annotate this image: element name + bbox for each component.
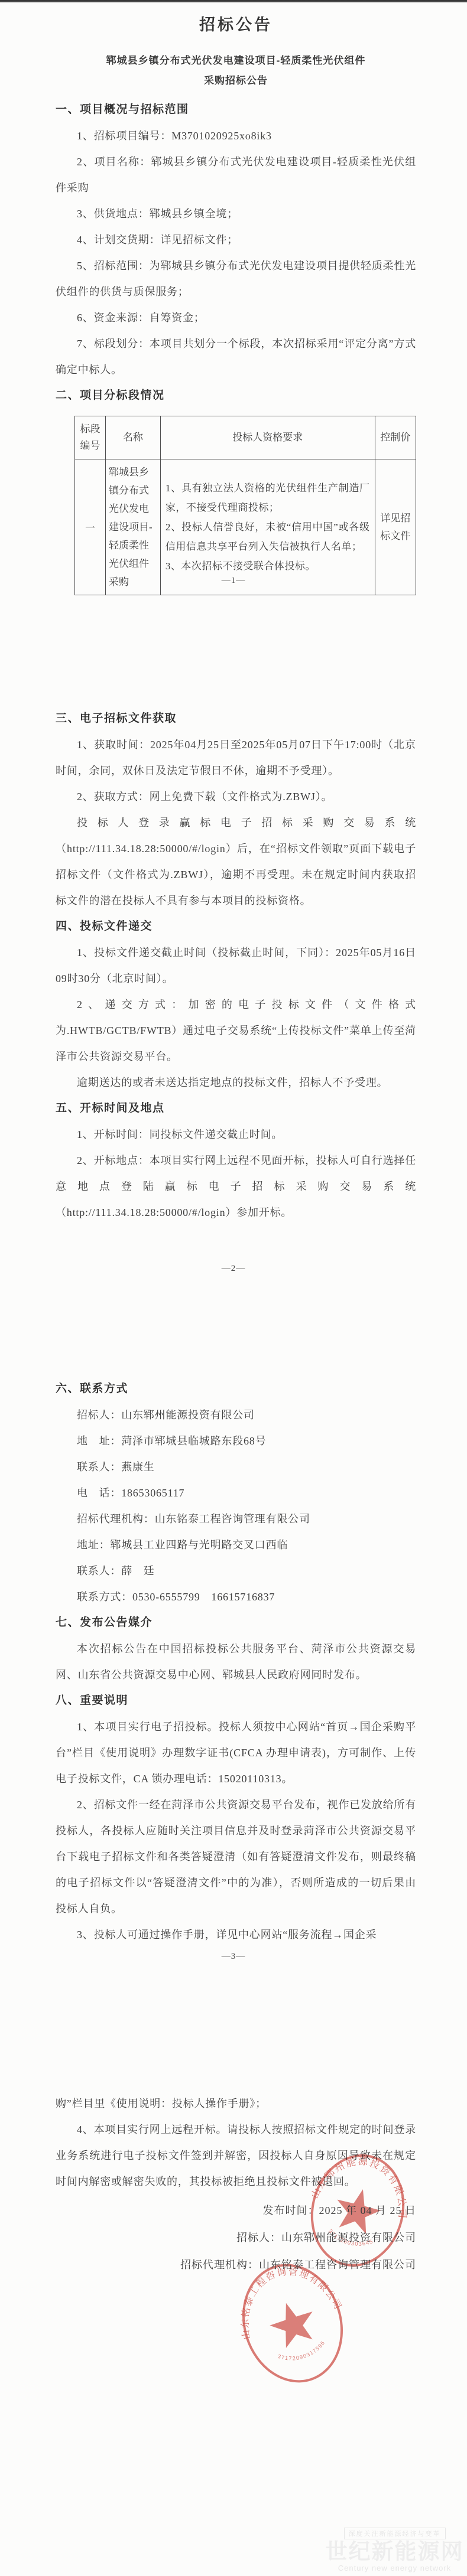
section-heading-notes: 八、重要说明	[56, 1688, 416, 1714]
table-header-row: 标段编号 名称 投标人资格要求 控制价	[75, 416, 416, 459]
page-1: 招标公告 郓城县乡镇分布式光伏发电建设项目-轻质柔性光伏组件 采购招标公告 一、…	[0, 0, 467, 644]
contact-line: 电 话：18653065117	[56, 1480, 416, 1506]
contact-line: 招标人：山东郓州能源投资有限公司	[56, 1402, 416, 1428]
watermark-english-name: Century new energy network	[322, 2564, 467, 2572]
paragraph: 3、投标人可通过操作手册，详见中心网站“服务流程→国企采	[56, 1922, 416, 1948]
page-2: 三、电子招标文件获取 1、获取时间：2025年04月25日至2025年05月07…	[0, 644, 467, 1287]
overview-item: 1、招标项目编号：M3701020925xo8ik3	[56, 123, 416, 149]
cell-control-price: 详见招标文件	[375, 459, 416, 595]
section-heading-obtain: 三、电子招标文件获取	[56, 706, 416, 732]
cell-lot-name: 郓城县乡镇分布式光伏发电建设项目-轻质柔性光伏组件采购	[105, 459, 160, 595]
paragraph: 本次招标公告在中国招标投标公共服务平台、菏泽市公共资源交易网、山东省公共资源交易…	[56, 1636, 416, 1688]
table-row: 一 郓城县乡镇分布式光伏发电建设项目-轻质柔性光伏组件采购 1、具有独立法人资格…	[75, 459, 416, 595]
cell-requirements: 1、具有独立法人资格的光伏组件生产制造厂家，不接受代理商投标； 2、投标人信誉良…	[160, 459, 375, 595]
doc-title: 招标公告	[56, 12, 416, 38]
page-scan-separator	[0, 0, 467, 2]
paragraph: 2、开标地点：本项目实行网上远程不见面开标，投标人可自行选择任意地点登陆赢标电子…	[56, 1147, 416, 1225]
cell-lot-no: 一	[75, 459, 106, 595]
contact-line: 地 址：菏泽市郓城县临城路东段68号	[56, 1428, 416, 1454]
overview-item: 7、标段划分：本项目共划分一个标段，本次招标采用“评定分离”方式确定中标人。	[56, 331, 416, 383]
scanned-document: 招标公告 郓城县乡镇分布式光伏发电建设项目-轻质柔性光伏组件 采购招标公告 一、…	[0, 0, 467, 2576]
page-number: —3—	[0, 1952, 467, 1962]
overview-item: 5、招标范围：为郓城县乡镇分布式光伏发电建设项目提供轻质柔性光伏组件的供货与质保…	[56, 253, 416, 305]
col-header-lot-no: 标段编号	[75, 416, 106, 459]
col-header-name: 名称	[105, 416, 160, 459]
watermark-tagline: 深度关注新能源经济与变革	[344, 2528, 446, 2539]
overview-item: 2、项目名称：郓城县乡镇分布式光伏发电建设项目-轻质柔性光伏组件采购	[56, 149, 416, 201]
section-heading-media: 七、发布公告媒介	[56, 1610, 416, 1636]
section-heading-lots: 二、项目分标段情况	[56, 383, 416, 409]
col-header-control-price: 控制价	[375, 416, 416, 459]
paragraph: 4、本项目实行网上远程开标。请投标人按照招标文件规定的时间登录业务系统进行电子投…	[56, 2117, 416, 2195]
paragraph: 逾期送达的或者未送达指定地点的投标文件，招标人不予受理。	[56, 1069, 416, 1095]
section-heading-contact: 六、联系方式	[56, 1376, 416, 1402]
paragraph: 1、开标时间：同投标文件递交截止时间。	[56, 1121, 416, 1147]
bidder-signature: 招标人：山东郓州能源投资有限公司	[56, 2224, 416, 2251]
contact-line: 招标代理机构：山东铭泰工程咨询管理有限公司	[56, 1506, 416, 1532]
requirement-item: 3、本次招标不接受联合体投标。	[166, 556, 370, 576]
paragraph: 2、获取方式：网上免费下载（文件格式为.ZBWJ）。	[56, 784, 416, 810]
site-watermark: 深度关注新能源经济与变革 世纪新能源网 Century new energy n…	[322, 2528, 467, 2572]
paragraph: 投标人登录赢标电子招标采购交易系统（http://111.34.18.28:50…	[56, 810, 416, 914]
agency-signature: 招标代理机构：山东铭泰工程咨询管理有限公司	[56, 2251, 416, 2278]
paragraph: 1、本项目实行电子招投标。投标人须按中心网站“首页→国企采购平台”栏目《使用说明…	[56, 1714, 416, 1792]
publish-date: 发布时间：2025 年 04 月 25 日	[56, 2197, 416, 2224]
lots-table: 标段编号 名称 投标人资格要求 控制价 一 郓城县乡镇分布式光伏发电建设项目-轻…	[74, 416, 416, 595]
requirement-item: 2、投标人信誉良好，未被“信用中国”或各级信用信息共享平台列入失信被执行人名单；	[166, 517, 370, 556]
overview-item: 3、供货地点：郓城县乡镇全境；	[56, 201, 416, 227]
contact-line: 地址：郓城县工业四路与光明路交叉口西临	[56, 1532, 416, 1558]
doc-subtitle-line1: 郓城县乡镇分布式光伏发电建设项目-轻质柔性光伏组件	[56, 51, 416, 71]
paragraph-continuation: 购”栏目里《使用说明：投标人操作手册》；	[56, 2091, 416, 2117]
contact-line: 联系人：薛 廷	[56, 1558, 416, 1584]
page-3: 六、联系方式 招标人：山东郓州能源投资有限公司 地 址：菏泽市郓城县临城路东段6…	[0, 1287, 467, 1997]
overview-item: 6、资金来源：自筹资金；	[56, 305, 416, 331]
doc-subtitle-line2: 采购招标公告	[56, 71, 416, 91]
page-number: —2—	[0, 1264, 467, 1274]
requirement-item: 1、具有独立法人资格的光伏组件生产制造厂家，不接受代理商投标；	[166, 478, 370, 517]
paragraph: 2、招标文件一经在菏泽市公共资源交易平台发布，视作已发放给所有投标人，各投标人应…	[56, 1792, 416, 1922]
signature-block: 发布时间：2025 年 04 月 25 日 招标人：山东郓州能源投资有限公司 招…	[56, 2197, 416, 2278]
contact-line: 联系方式：0530-6555799 16615716837	[56, 1584, 416, 1610]
overview-item: 4、计划交货期：详见招标文件；	[56, 227, 416, 253]
watermark-site-name: 世纪新能源网	[322, 2539, 467, 2564]
paragraph: 2、递交方式：加密的电子投标文件（文件格式为.HWTB/GCTB/FWTB）通过…	[56, 992, 416, 1069]
page-4: 购”栏目里《使用说明：投标人操作手册》； 4、本项目实行网上远程开标。请投标人按…	[0, 1999, 467, 2576]
section-heading-overview: 一、项目概况与招标范围	[56, 97, 416, 123]
section-heading-opening: 五、开标时间及地点	[56, 1095, 416, 1121]
paragraph: 1、投标文件递交截止时间（投标截止时间，下同）：2025年05月16日09时30…	[56, 940, 416, 992]
contact-line: 联系人：燕康生	[56, 1454, 416, 1480]
paragraph: 1、获取时间：2025年04月25日至2025年05月07日下午17:00时（北…	[56, 732, 416, 784]
section-heading-submit: 四、投标文件递交	[56, 914, 416, 940]
page-number: —1—	[0, 576, 467, 586]
col-header-requirements: 投标人资格要求	[160, 416, 375, 459]
